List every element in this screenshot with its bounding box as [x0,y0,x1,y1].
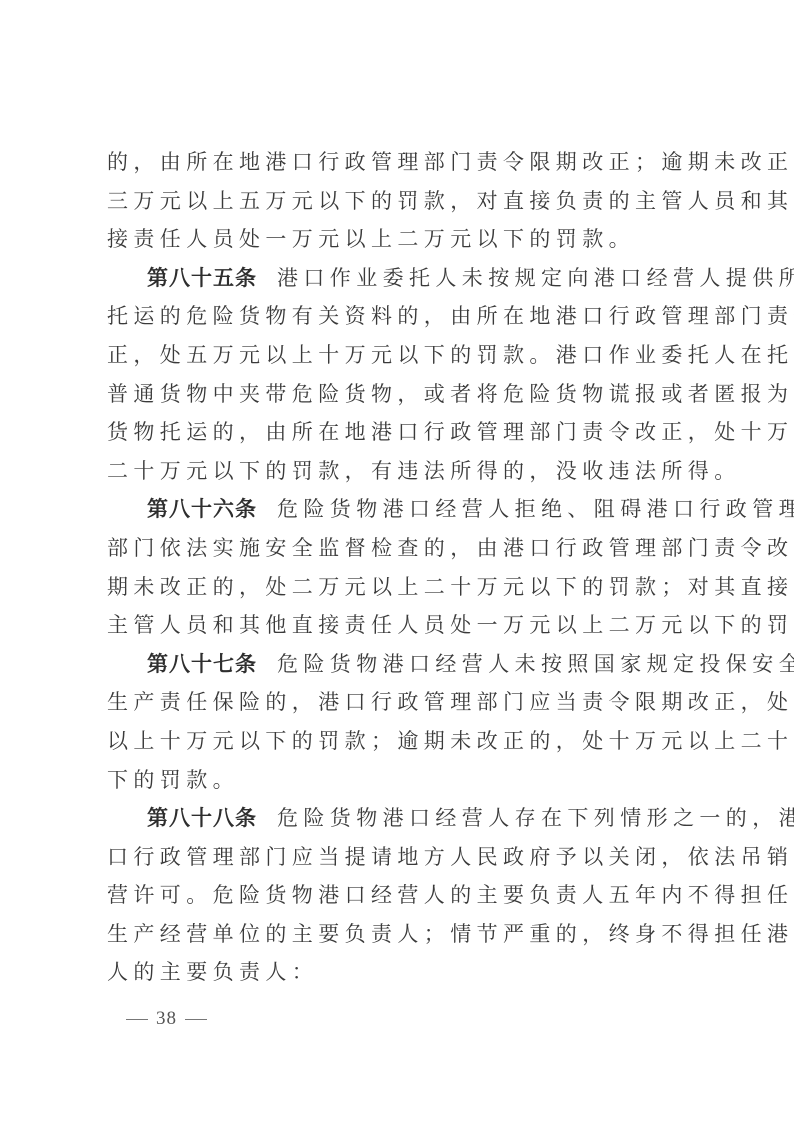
text-line: 人的主要负责人： [107,953,697,992]
article-first-line: 第八十八条危险货物港口经营人存在下列情形之一的，港 [107,799,697,838]
text-line: 普通货物中夹带危险货物，或者将危险货物谎报或者匿报为普通 [107,375,697,414]
text-line: 生产经营单位的主要负责人；情节严重的，终身不得担任港口经营 [107,915,697,954]
article-heading: 第八十八条 [147,806,257,830]
page-number-value: 38 [156,1008,177,1029]
article-first-line: 第八十六条危险货物港口经营人拒绝、阻碍港口行政管理 [107,490,697,529]
article-86: 第八十六条危险货物港口经营人拒绝、阻碍港口行政管理 部门依法实施安全监督检查的，… [107,490,697,644]
article-88: 第八十八条危险货物港口经营人存在下列情形之一的，港 口行政管理部门应当提请地方人… [107,799,697,992]
text-line: 正，处五万元以上十万元以下的罚款。港口作业委托人在托运的 [107,336,697,375]
article-87: 第八十七条危险货物港口经营人未按照国家规定投保安全 生产责任保险的，港口行政管理… [107,645,697,799]
text-line: 主管人员和其他直接责任人员处一万元以上二万元以下的罚款。 [107,606,697,645]
text-line: 二十万元以下的罚款，有违法所得的，没收违法所得。 [107,452,697,491]
text-line: 部门依法实施安全监督检查的，由港口行政管理部门责令改正；逾 [107,529,697,568]
text-line: 危险货物港口经营人拒绝、阻碍港口行政管理 [277,497,794,521]
document-page: 的，由所在地港口行政管理部门责令限期改正；逾期未改正的，处 三万元以上五万元以下… [107,143,697,992]
dash-right [185,1019,207,1020]
text-line: 三万元以上五万元以下的罚款，对直接负责的主管人员和其他直 [107,182,697,221]
text-line: 期未改正的，处二万元以上二十万元以下的罚款；对其直接负责的 [107,568,697,607]
text-line: 接责任人员处一万元以上二万元以下的罚款。 [107,220,697,259]
article-first-line: 第八十七条危险货物港口经营人未按照国家规定投保安全 [107,645,697,684]
continuation-paragraph: 的，由所在地港口行政管理部门责令限期改正；逾期未改正的，处 三万元以上五万元以下… [107,143,697,259]
text-line: 港口作业委托人未按规定向港口经营人提供所 [277,266,794,290]
text-line: 货物托运的，由所在地港口行政管理部门责令改正，处十万元以上 [107,413,697,452]
text-line: 下的罚款。 [107,761,697,800]
text-line: 托运的危险货物有关资料的，由所在地港口行政管理部门责令改 [107,297,697,336]
text-line: 危险货物港口经营人存在下列情形之一的，港 [277,806,794,830]
article-heading: 第八十五条 [147,266,257,290]
text-line: 以上十万元以下的罚款；逾期未改正的，处十万元以上二十万元以 [107,722,697,761]
dash-left [126,1019,148,1020]
text-line: 生产责任保险的，港口行政管理部门应当责令限期改正，处五万元 [107,683,697,722]
article-heading: 第八十七条 [147,652,257,676]
text-line: 危险货物港口经营人未按照国家规定投保安全 [277,652,794,676]
text-line: 的，由所在地港口行政管理部门责令限期改正；逾期未改正的，处 [107,143,697,182]
article-85: 第八十五条港口作业委托人未按规定向港口经营人提供所 托运的危险货物有关资料的，由… [107,259,697,491]
text-line: 营许可。危险货物港口经营人的主要负责人五年内不得担任任何 [107,876,697,915]
page-number: 38 [118,1008,215,1030]
article-heading: 第八十六条 [147,497,257,521]
article-first-line: 第八十五条港口作业委托人未按规定向港口经营人提供所 [107,259,697,298]
text-line: 口行政管理部门应当提请地方人民政府予以关闭，依法吊销其经 [107,838,697,877]
